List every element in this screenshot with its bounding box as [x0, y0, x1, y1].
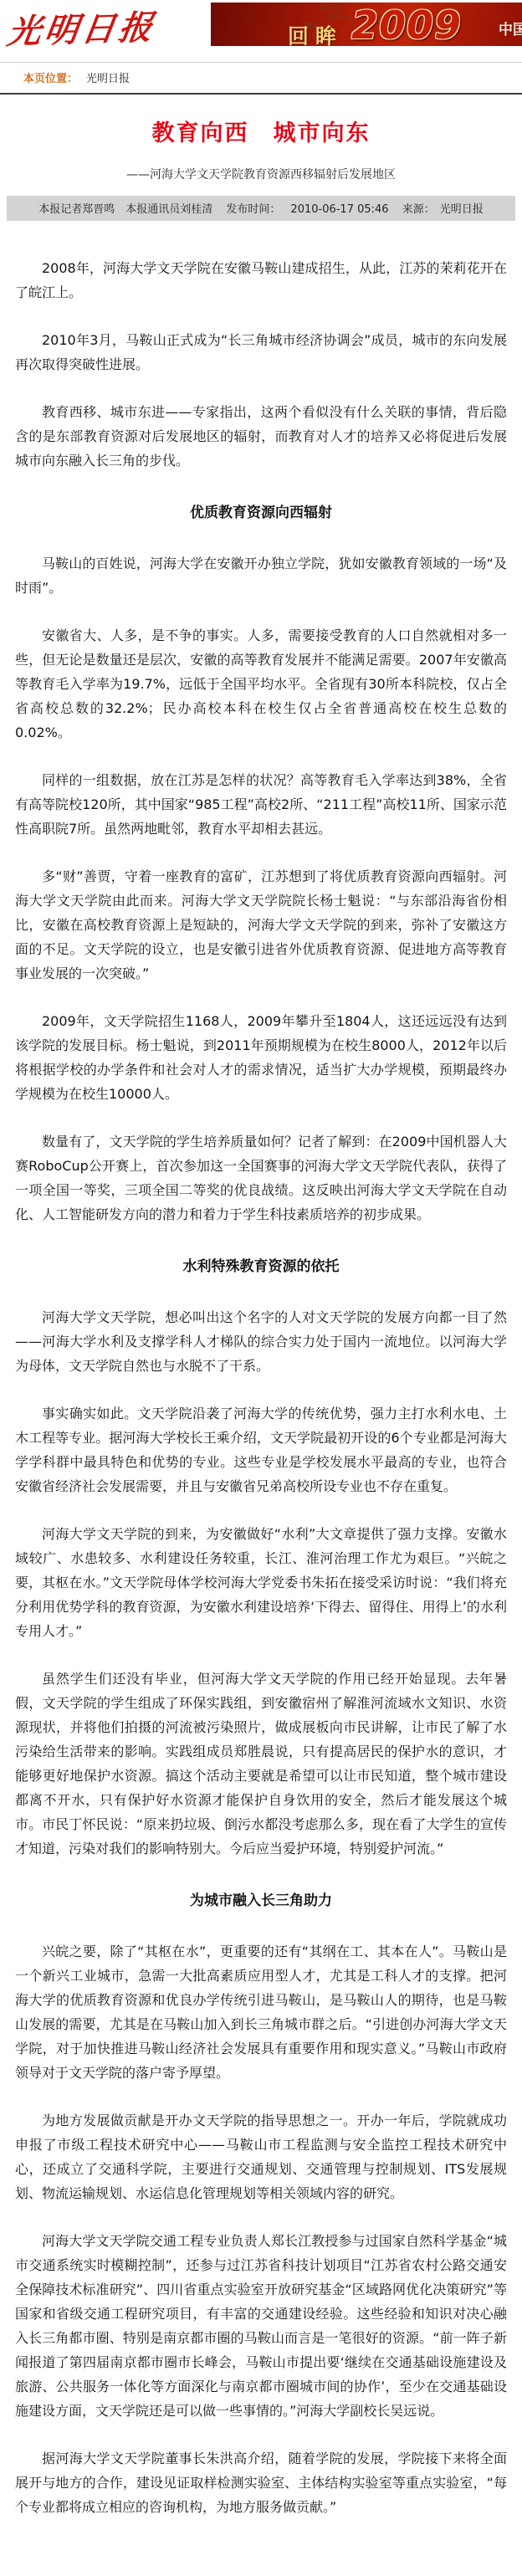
- byline-authors: 本报记者郑晋鸣 本报通讯员刘桂清: [38, 203, 212, 216]
- section-heading: 为城市融入长三角助力: [15, 1891, 507, 1911]
- article-body: 2008年，河海大学文天学院在安徽马鞍山建成招生，从此，江苏的茉莉花开在了皖江上…: [0, 221, 522, 2576]
- section-heading: 优质教育资源向西辐射: [15, 503, 507, 523]
- banner-right-text: 中国: [499, 18, 522, 38]
- article-paragraph: 为地方发展做贡献是开办文天学院的指导思想之一。开办一年后，学院就成功申报了市级工…: [15, 2108, 507, 2205]
- article-paragraph: 安徽省大、人多，是不争的事实。人多，需要接受教育的人口自然就相对多一些，但无论是…: [15, 623, 507, 745]
- article-paragraph: 数量有了，文天学院的学生培养质量如何？记者了解到：在2009中国机器人大赛Rob…: [15, 1129, 507, 1227]
- article-paragraph: 同样的一组数据，放在江苏是怎样的状况？高等教育毛入学率达到38%，全省有高等院校…: [15, 768, 507, 841]
- source-label: 来源：: [402, 203, 435, 216]
- publish-time-value: 2010-06-17 05:46: [290, 203, 388, 216]
- article-paragraph: 多“财”善贾，守着一座教育的富矿，江苏想到了将优质教育资源向西辐射。河海大学文天…: [15, 864, 507, 986]
- article-paragraph: 教育西移、城市东进——专家指出，这两个看似没有什么关联的事情，背后隐含的是东部教…: [15, 400, 507, 473]
- page-title: 教育向西 城市向东: [0, 115, 522, 147]
- article-paragraph: 河海大学文天学院的到来，为安徽做好“水利”大文章提供了强力支撑。安徽水域较广、水…: [15, 1522, 507, 1643]
- article-paragraph: 事实确实如此。文天学院沿袭了河海大学的传统优势，强力主打水利水电、土木工程等专业…: [15, 1401, 507, 1498]
- article-paragraph: 河海大学文天学院交通工程专业负责人郑长江教授参与过国家自然科学基金“城市交通系统…: [15, 2229, 507, 2423]
- huimou-2009-banner[interactable]: 武汉 ○咸宁 ○岳阳 ○长沙 ○ 回眸 2009 中国: [211, 3, 522, 46]
- publish-time-label: 发布时间：: [226, 203, 280, 216]
- byline-bar: 本报记者郑晋鸣 本报通讯员刘桂清 发布时间：2010-06-17 05:46 来…: [7, 196, 515, 221]
- page-header: 光明日报 武汉 ○咸宁 ○岳阳 ○长沙 ○ 回眸 2009 中国: [0, 0, 522, 60]
- article-paragraph: 虽然学生们还没有毕业，但河海大学文天学院的作用已经开始显现。去年暑假，文天学院的…: [15, 1667, 507, 1861]
- page: 光明日报 武汉 ○咸宁 ○岳阳 ○长沙 ○ 回眸 2009 中国 本页位置：光明…: [0, 0, 522, 2576]
- article-paragraph: 据河海大学文天学院董事长朱洪高介绍，随着学院的发展，学院接下来将全面展开与地方的…: [15, 2446, 507, 2519]
- article-paragraph: 2008年，河海大学文天学院在安徽马鞍山建成招生，从此，江苏的茉莉花开在了皖江上…: [15, 256, 507, 305]
- article-paragraph: 河海大学文天学院，想必叫出这个名字的人对文天学院的发展方向都一目了然——河海大学…: [15, 1305, 507, 1378]
- source-value: 光明日报: [440, 203, 484, 216]
- article-subtitle: ——河海大学文天学院教育资源西移辐射后发展地区: [0, 166, 522, 182]
- section-heading: 水利特殊教育资源的依托: [15, 1257, 507, 1277]
- map-city-label: 武汉 ○: [321, 3, 350, 13]
- banner-huimou-label: 回眸: [288, 20, 343, 46]
- breadcrumb: 本页位置：光明日报: [0, 62, 522, 95]
- banner-year-label: 2009: [351, 3, 462, 46]
- article-paragraph: 兴皖之要，除了“其枢在水”，更重要的还有“其纲在工、其本在人”。马鞍山是一个新兴…: [15, 1939, 507, 2085]
- breadcrumb-current-page[interactable]: 光明日报: [86, 73, 130, 85]
- article-paragraph: 马鞍山的百姓说，河海大学在安徽开办独立学院，犹如安徽教育领域的一场“及时雨”。: [15, 551, 507, 600]
- article-paragraph: 2010年3月，马鞍山正式成为“长三角城市经济协调会”成员，城市的东向发展再次取…: [15, 328, 507, 376]
- article-paragraph: 2009年，文天学院招生1168人，2009年攀升至1804人，这还远远没有达到…: [15, 1009, 507, 1106]
- breadcrumb-label: 本页位置：: [23, 73, 78, 85]
- guangming-daily-logo[interactable]: 光明日报: [4, 1, 159, 54]
